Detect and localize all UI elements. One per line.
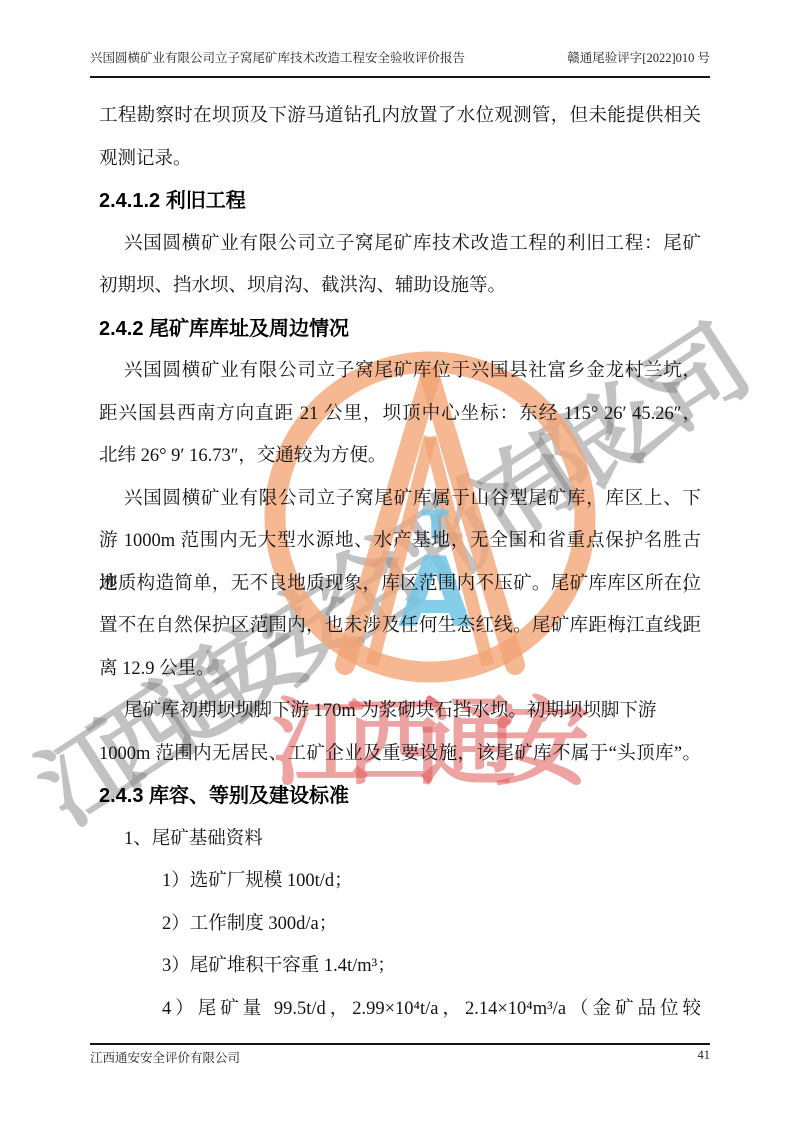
page-footer: 江西通安安全评价有限公司 41 xyxy=(90,1048,710,1066)
footer-company-name: 江西通安安全评价有限公司 xyxy=(90,1048,240,1066)
page-header: 兴国圆横矿业有限公司立子窝尾矿库技术改造工程安全验收评价报告 赣通尾验评字[20… xyxy=(90,48,710,66)
text-line: 4）尾矿量 99.5t/d，2.99×10⁴t/a，2.14×10⁴m³/a（金… xyxy=(99,988,701,1031)
section-heading: 2.4.3 库容、等别及建设标准 xyxy=(99,775,701,818)
section-heading: 2.4.2 尾矿库库址及周边情况 xyxy=(99,308,701,351)
footer-rule xyxy=(90,1043,710,1045)
text-line: 地质构造简单，无不良地质现象，库区范围内不压矿。尾矿库库区所在位 xyxy=(99,563,701,606)
text-line: 尾矿库初期坝坝脚下游 170m 为浆砌块石挡水坝。初期坝坝脚下游 xyxy=(99,690,701,733)
document-body: 工程勘察时在坝顶及下游马道钻孔内放置了水位观测管，但未能提供相关观测记录。2.4… xyxy=(99,95,701,1030)
text-line: 兴国圆横矿业有限公司立子窝尾矿库位于兴国县社富乡金龙村兰坑， xyxy=(99,350,701,393)
footer-page-number: 41 xyxy=(698,1048,711,1066)
text-line: 观测记录。 xyxy=(99,138,701,181)
text-line: 工程勘察时在坝顶及下游马道钻孔内放置了水位观测管，但未能提供相关 xyxy=(99,95,701,138)
header-rule xyxy=(90,76,710,78)
header-report-title: 兴国圆横矿业有限公司立子窝尾矿库技术改造工程安全验收评价报告 xyxy=(90,48,465,66)
text-line: 3）尾矿堆积干容重 1.4t/m³； xyxy=(99,945,701,988)
text-line: 1000m 范围内无居民、工矿企业及重要设施，该尾矿库不属于“头顶库”。 xyxy=(99,733,701,776)
text-line: 离 12.9 公里。 xyxy=(99,648,701,691)
section-heading: 2.4.1.2 利旧工程 xyxy=(99,180,701,223)
text-line: 游 1000m 范围内无大型水源地、水产基地，无全国和省重点保护名胜古迹， xyxy=(99,520,701,563)
text-line: 北纬 26° 9′ 16.73″，交通较为方便。 xyxy=(99,435,701,478)
text-line: 距兴国县西南方向直距 21 公里，坝顶中心坐标：东经 115° 26′ 45.2… xyxy=(99,393,701,436)
report-page: 江西通安安全评价有限公司 T A 江西通安 兴国圆横矿业有限公司立子窝尾矿库技术… xyxy=(0,0,800,1131)
text-line: 初期坝、挡水坝、坝肩沟、截洪沟、辅助设施等。 xyxy=(99,265,701,308)
text-line: 1、尾矿基础资料 xyxy=(99,818,701,861)
text-line: 1）选矿厂规模 100t/d； xyxy=(99,860,701,903)
text-line: 2）工作制度 300d/a； xyxy=(99,903,701,946)
text-line: 置不在自然保护区范围内，也未涉及任何生态红线。尾矿库距梅江直线距 xyxy=(99,605,701,648)
text-line: 兴国圆横矿业有限公司立子窝尾矿库技术改造工程的利旧工程：尾矿 xyxy=(99,223,701,266)
header-document-number: 赣通尾验评字[2022]010 号 xyxy=(567,48,710,66)
text-line: 兴国圆横矿业有限公司立子窝尾矿库属于山谷型尾矿库，库区上、下 xyxy=(99,478,701,521)
